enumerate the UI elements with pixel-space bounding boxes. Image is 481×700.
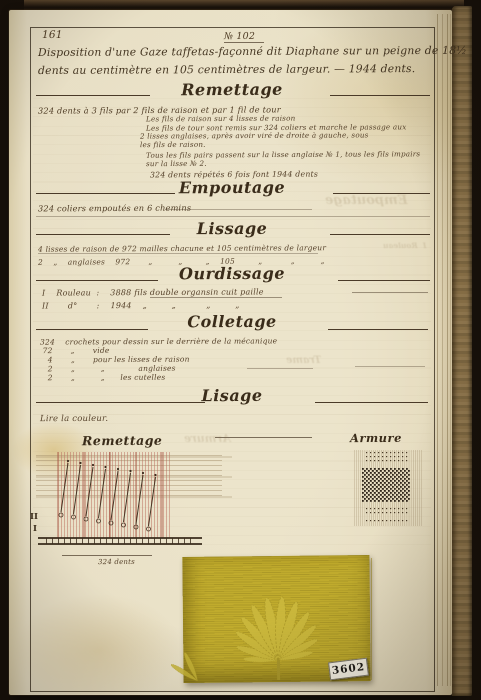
document-number: № 102 — [224, 31, 255, 42]
faint-rule — [36, 216, 430, 217]
manuscript-photo: 161 № 102 Disposition d'une Gaze taffeta… — [0, 0, 481, 700]
draft-caption: 324 dents — [98, 558, 135, 566]
remettage-line: sur la lisse № 2. — [146, 158, 207, 167]
draft-row-label: I — [33, 524, 37, 534]
title-line-2: dents au centimètre en 105 centimètres d… — [38, 62, 430, 77]
heading-rule — [330, 95, 430, 96]
trailing-rule — [355, 366, 425, 367]
remettage-draft-diagram — [34, 450, 234, 550]
remettage-line: les fils de raison. — [140, 139, 206, 148]
bleed-through-text: Armure — [184, 432, 231, 445]
heading-rule — [36, 402, 205, 403]
armure-weave-diagram — [350, 448, 426, 528]
draft-row-label: II — [30, 512, 38, 522]
colletage-row: 72 „ vide — [40, 346, 110, 355]
heading-rule — [328, 329, 428, 330]
page-edge-line — [447, 14, 448, 686]
trailing-rule — [165, 209, 312, 210]
heading-rule — [36, 329, 148, 330]
page-edge-line — [450, 14, 451, 686]
bleed-through-text: I Rouleau — [383, 241, 426, 250]
draft-heading-remettage: Remettage — [82, 433, 162, 448]
section-heading-remettage: Remettage — [31, 79, 433, 100]
folio-number: 161 — [42, 29, 63, 41]
underline — [150, 297, 282, 298]
section-heading-lissage: Lissage — [31, 218, 433, 239]
colletage-row: 2 „ „ les cutelles — [40, 373, 165, 383]
armure-heading: Armure — [350, 431, 402, 445]
trailing-rule — [352, 292, 428, 293]
title-line-1: Disposition d'une Gaze taffetas-façonné … — [38, 44, 430, 59]
ourdissage-row: II d° : 1944 „ „ „ „ — [42, 300, 240, 310]
heading-rule — [36, 280, 158, 281]
remettage-line: Les fils de raison sur 4 lisses de raiso… — [146, 114, 295, 124]
bleed-through-text: Empoutage — [325, 193, 408, 208]
lisage-note: Lire la couleur. — [40, 414, 108, 424]
trailing-rule — [247, 368, 313, 369]
heading-rule — [36, 193, 175, 194]
heading-rule — [338, 280, 430, 281]
heading-rule — [36, 234, 170, 235]
heading-rule — [330, 234, 430, 235]
swatch-edge-thread — [371, 558, 372, 680]
caption-rule — [62, 555, 152, 556]
heading-rule — [36, 95, 150, 96]
book-fore-edge — [452, 6, 472, 696]
empoutage-line: 324 coliers empoutés en 6 chemins — [38, 203, 191, 214]
number-underline — [224, 42, 264, 43]
bleed-through-text: Trame — [286, 355, 321, 366]
heading-rule — [315, 402, 428, 403]
page-edge-line — [442, 14, 443, 686]
underline — [38, 253, 318, 254]
page-edge-line — [437, 14, 438, 686]
